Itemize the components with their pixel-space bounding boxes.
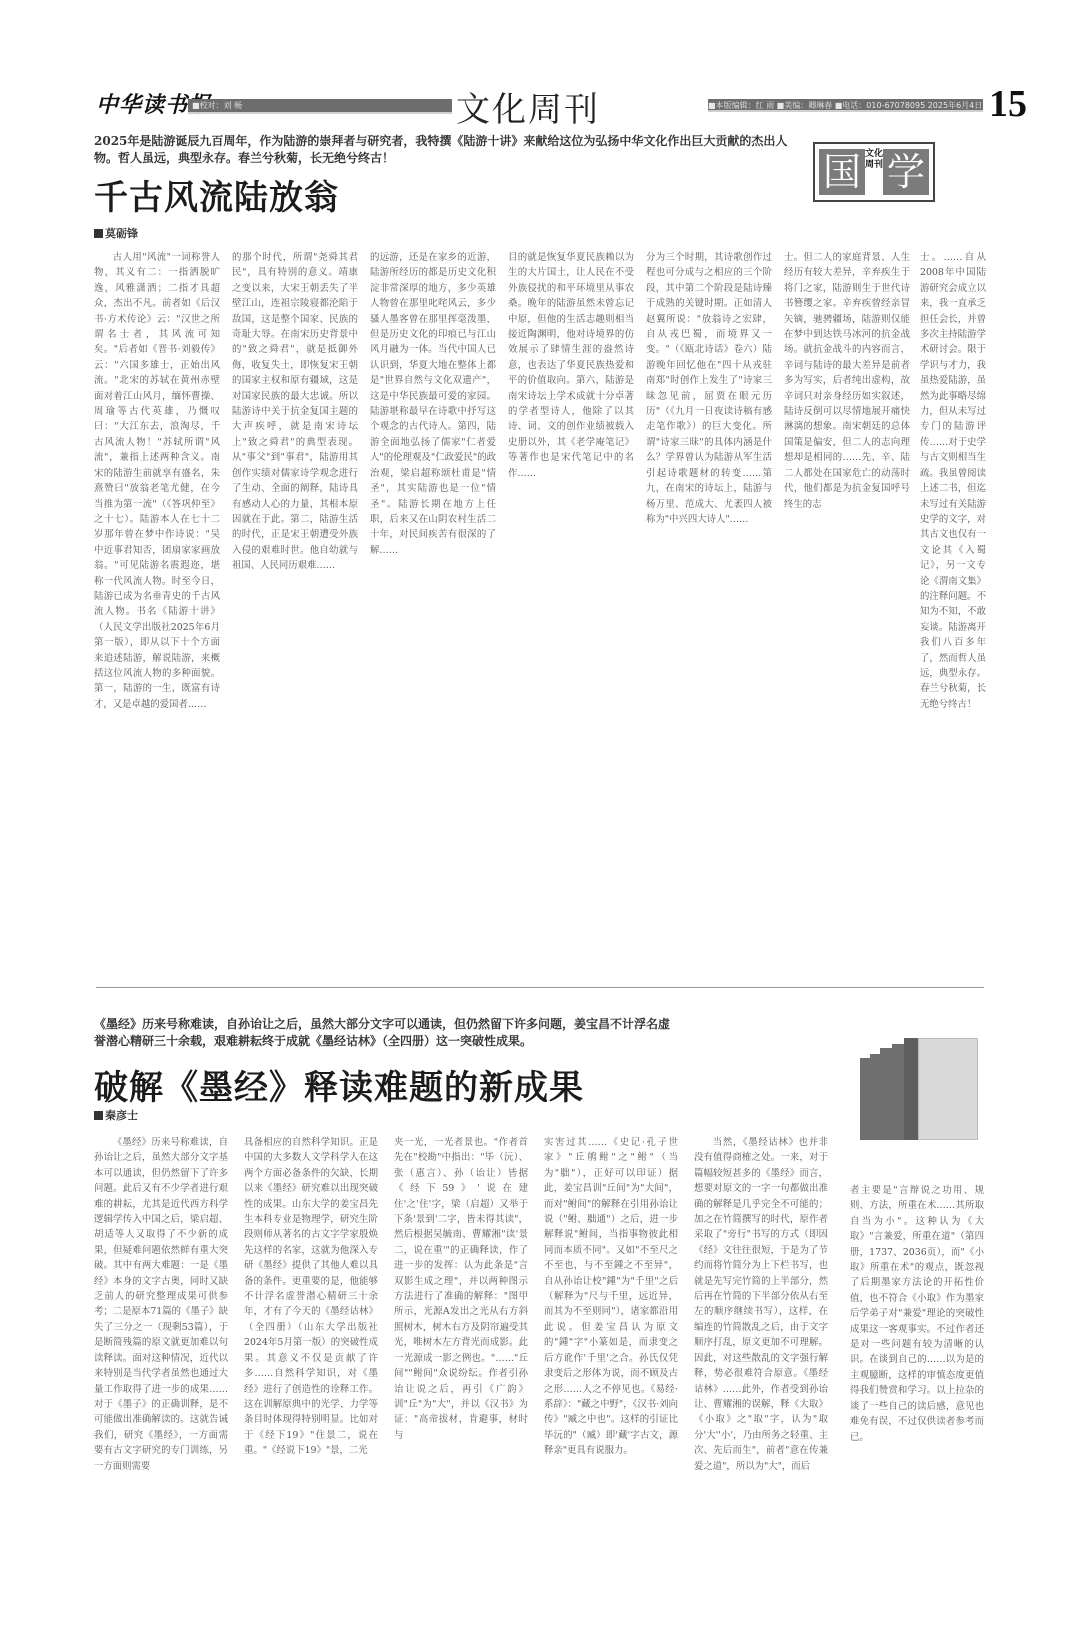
- paragraph: 当然，《墨经诂林》也并非没有值得商榷之处。一来，对于篇幅较短甚多的《墨经》而言，…: [694, 1135, 828, 1474]
- article1-author: 莫砺锋: [105, 227, 138, 240]
- page-number: 15: [989, 82, 1027, 126]
- article2-column-6: 者主要是"言辩说之功用、规则、方法，所重在术……其所取自当为小"。这种认为《大取…: [850, 1183, 984, 1533]
- article1-column-6: 士。但二人的家庭背景、人生经历有较大差异，辛弃疾生于将门之家，陆游则生于世代诗书…: [784, 250, 910, 980]
- paragraph: 的那个时代，所谓"尧舜其君民"，具有特别的意义。靖康之变以来，大宋王朝丢失了半壁…: [232, 250, 358, 574]
- paragraph: 目的就是恢复华夏民族赖以为生的大片国土，让人民在不受外族侵扰的和平环境里从事农桑…: [508, 250, 634, 481]
- logo-char-xue: 学: [883, 149, 929, 195]
- paragraph: 具备相应的自然科学知识。正是中国的大多数人文学科学人在这两个方面必备条件的欠缺，…: [244, 1135, 378, 1459]
- masthead: 中华读书报 ■校对：刘 畅 文化周刊 ■本版编辑：红 雨 ■美编：卿琳春 ■电话…: [96, 88, 996, 124]
- article1-byline: 莫砺锋: [94, 225, 138, 241]
- article1-column-7: 士。……自从2008年中国陆游研究会成立以来，我一直承乏担任会长，并曾多次主持陆…: [920, 250, 986, 980]
- article1-column-4: 目的就是恢复华夏民族赖以为生的大片国土，让人民在不受外族侵扰的和平环境里从事农桑…: [508, 250, 634, 980]
- paragraph: 古人用"风流"一词称誉人物，其义有二：一指洒脱旷逸，风雅潇洒；二指才具超众，杰出…: [94, 250, 220, 712]
- guoxue-column-logo: 国 文化周刊 学: [813, 142, 935, 202]
- book-cover-image: [860, 1030, 980, 1140]
- article1-column-5: 分为三个时期，其诗歌创作过程也可分成与之相应的三个阶段，其中第二个阶段是陆诗臻于…: [646, 250, 772, 980]
- paragraph: 夹一光，一光者景也。"作者首先在"校勘"中指出："毕（沅）、张（惠言）、孙（诒让…: [394, 1135, 528, 1443]
- article1-column-1: 古人用"风流"一词称誉人物，其义有二：一指洒脱旷逸，风雅潇洒；二指才具超众，杰出…: [94, 250, 220, 980]
- article2-column-4: 实害过其……《史记·孔子世家》"丘鸼鲋"之"鲋"（当为"胐"），正好可以印证）据…: [544, 1135, 678, 1535]
- paragraph: 的远游，还是在家乡的近游，陆游所经历的都是历史文化积淀非常深厚的地方，多少英雄人…: [370, 250, 496, 558]
- article2-column-2: 具备相应的自然科学知识。正是中国的大多数人文学科学人在这两个方面必备条件的欠缺，…: [244, 1135, 378, 1535]
- article1-intro: 2025年是陆游诞辰九百周年，作为陆游的崇拜者与研究者，我特撰《陆游十讲》来献给…: [94, 133, 794, 167]
- article2-headline: 破解《墨经》释读难题的新成果: [94, 1060, 584, 1109]
- paragraph: 《墨经》历来号称难读，自孙诒让之后，虽然大部分文字基本可以通读，但仍然留下了许多…: [94, 1135, 228, 1474]
- paragraph: 实害过其……《史记·孔子世家》"丘鸼鲋"之"鲋"（当为"胐"），正好可以印证）据…: [544, 1135, 678, 1459]
- article1-column-2: 的那个时代，所谓"尧舜其君民"，具有特别的意义。靖康之变以来，大宋王朝丢失了半壁…: [232, 250, 358, 980]
- article2-byline: 秦彦士: [94, 1107, 138, 1123]
- article2-author: 秦彦士: [105, 1109, 138, 1122]
- paragraph: 者主要是"言辩说之功用、规则、方法，所重在术……其所取自当为小"。这种认为《大取…: [850, 1183, 984, 1445]
- logo-subtitle: 文化周刊: [865, 149, 883, 171]
- article-divider: [96, 987, 984, 988]
- byline-square-icon: [94, 229, 103, 238]
- article1-headline: 千古风流陆放翁: [94, 170, 339, 219]
- byline-square-icon: [94, 1111, 103, 1120]
- article2-intro: 《墨经》历来号称难读，自孙诒让之后，虽然大部分文字可以通读，但仍然留下许多问题，…: [94, 1016, 674, 1050]
- editor-info-bar: ■本版编辑：红 雨 ■美编：卿琳春 ■电话：010-67078095 2025年…: [708, 99, 983, 112]
- article2-column-3: 夹一光，一光者景也。"作者首先在"校勘"中指出："毕（沅）、张（惠言）、孙（诒让…: [394, 1135, 528, 1535]
- section-title: 文化周刊: [456, 82, 600, 131]
- logo-char-guo: 国: [819, 149, 865, 195]
- proofreader-bar: ■校对：刘 畅: [188, 99, 452, 114]
- article2-column-5: 当然，《墨经诂林》也并非没有值得商榷之处。一来，对于篇幅较短甚多的《墨经》而言，…: [694, 1135, 828, 1535]
- article2-column-1: 《墨经》历来号称难读，自孙诒让之后，虽然大部分文字基本可以通读，但仍然留下了许多…: [94, 1135, 228, 1535]
- article1-column-3: 的远游，还是在家乡的近游，陆游所经历的都是历史文化积淀非常深厚的地方，多少英雄人…: [370, 250, 496, 980]
- paragraph: 分为三个时期，其诗歌创作过程也可分成与之相应的三个阶段，其中第二个阶段是陆诗臻于…: [646, 250, 772, 527]
- paragraph: 士。但二人的家庭背景、人生经历有较大差异，辛弃疾生于将门之家，陆游则生于世代诗书…: [784, 250, 910, 512]
- paragraph: 士。……自从2008年中国陆游研究会成立以来，我一直承乏担任会长，并曾多次主持陆…: [920, 250, 986, 712]
